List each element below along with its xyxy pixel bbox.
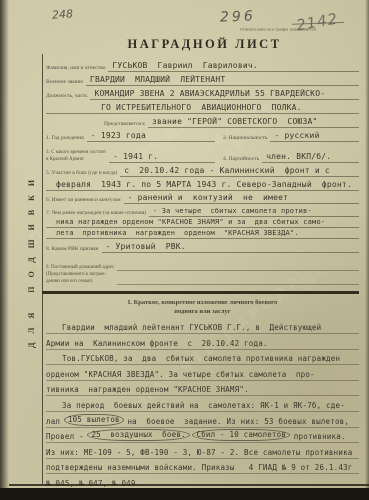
field-unit-continued: ГО ИСТРЕБИТЕЛЬНОГО АВИАЦИОННОГО ПОЛКА. [46, 100, 359, 114]
field-prior-awards-value-line3: лета противника награжден орденом "КРАСН… [46, 229, 359, 239]
citation-line: Армии на Калининском фронте с 20.10.42 г… [46, 334, 359, 350]
field-unit: Должность, часть КОМАНДИР ЗВЕНА 2 АВИАЭС… [46, 86, 359, 100]
form-fields: Фамилия, имя и отчество ГУСЬКОВ Гавриил … [46, 58, 359, 490]
section-heading: I. Краткое, конкретное изложение личного… [46, 298, 359, 316]
field-rank-value: ГВАРДИИ МЛАДШИЙ ЛЕЙТЕНАНТ [86, 75, 359, 86]
citation-body: Гвардии младший лейтенант ГУСЬКОВ Г.Г., … [46, 319, 359, 491]
field-drafted-by-value: - Уритовый РВК. [102, 242, 360, 253]
field-nationality-value: - русский [270, 131, 359, 142]
field-combat-value-line1: с 20.10.42 года - Калининский фронт и с [120, 166, 359, 177]
field-home-address-label: 9. Постоянный домашний адрес (Представля… [46, 257, 117, 285]
field-prior-awards-continued: лета противника награжден орденом "КРАСН… [46, 228, 359, 239]
handwritten-number-top-center: 296 [220, 8, 256, 25]
field-drafted-by-label: 8. Каким РВК призван [46, 246, 102, 253]
field-prior-awards-value-line2: ника награжден орденом "КРАСНОЕ ЗНАМЯ" и… [46, 218, 359, 228]
field-wounds: 6. Имеет ли ранения и контузии - ранений… [46, 191, 359, 204]
scan-left-shadow [0, 0, 9, 500]
field-birth-year: 1. Год рождения - 1923 года [46, 128, 215, 142]
document-title: НАГРАДНОЙ ЛИСТ [60, 37, 349, 52]
pencil-circle-shot-down: Сбил - 10 самолетов [192, 429, 290, 441]
field-party-value: член. ВКП/б/. [262, 152, 359, 163]
bottom-heavy-rule [9, 484, 369, 486]
field-home-address: 9. Постоянный домашний адрес (Представля… [46, 257, 359, 285]
field-combat: 5. Участие в боях (где и когда) с 20.10.… [46, 163, 359, 177]
field-service-since: 3. С какого времени состоит в Красной Ар… [46, 142, 215, 163]
field-combat-value-line2: февраля 1943 г. по 5 МАРТА 1943 г. Север… [46, 180, 359, 191]
field-name-value: ГУСЬКОВ Гавриил Гаврилович. [108, 61, 359, 72]
field-name-label: Фамилия, имя и отчество [46, 65, 108, 72]
field-prior-awards-label: 7. Чем ранее награжден (за какие отличия… [46, 210, 149, 217]
section-heading-line1: I. Краткое, конкретное изложение личного… [46, 298, 359, 307]
field-service-since-value: - 1941 г. [109, 152, 215, 163]
field-party: 4. Партийность член. ВКП/б/. [215, 142, 359, 163]
field-wounds-label: 6. Имеет ли ранения и контузии [46, 197, 124, 204]
citation-line: орденом "КРАСНАЯ ЗВЕЗДА". За четыре сбит… [46, 365, 359, 381]
citation-line: Тов.ГУСЬКОВ, за два сбитых самолета прот… [46, 350, 359, 366]
field-unit-value-line1: КОМАНДИР ЗВЕНА 2 АВИАЭСКАДРИЛЬИ 55 ГВАРД… [90, 89, 359, 100]
section-divider-rule [42, 291, 359, 294]
field-combat-label: 5. Участие в боях (где и когда) [46, 170, 120, 177]
citation-line-sorties: лал 105 вылетов на боевое задание. Из ни… [46, 412, 359, 428]
scan-bottom-edge [0, 488, 369, 500]
field-prior-awards-continued: ника награжден орденом "КРАСНОЕ ЗНАМЯ" и… [46, 217, 359, 228]
field-unit-label: Должность, часть [46, 93, 90, 100]
field-presented-for-label: Представляется к [104, 121, 148, 128]
field-service-since-label: 3. С какого времени состоит в Красной Ар… [46, 149, 109, 163]
blank-rule-line [117, 257, 359, 271]
margin-vertical-text: ДЛЯ ПОДШИВКИ [27, 98, 36, 348]
citation-line-kills: Провел - 25 воздушных боев. Сбил - 10 са… [46, 428, 359, 444]
citation-line: Гвардии младший лейтенант ГУСЬКОВ Г.Г., … [46, 319, 359, 335]
field-presented-for: Представляется к звание "ГЕРОЙ" СОВЕТСКО… [46, 114, 359, 128]
field-party-label: 4. Партийность [223, 156, 262, 163]
pencil-circle-air-battles: 25 воздушных боев. [87, 429, 189, 441]
field-combat-continued: февраля 1943 г. по 5 МАРТА 1943 г. Север… [46, 177, 359, 191]
field-wounds-value: - ранений и контузий не имеет [124, 193, 359, 204]
handwritten-number-top-left: 248 [52, 7, 74, 21]
scan-right-shadow [365, 0, 369, 500]
award-sheet-document: ПАМЯТЬ НАРОДА ПАМЯТЬ НАРОДА ПАМЯТЬ НАРОД… [0, 0, 369, 500]
field-name: Фамилия, имя и отчество ГУСЬКОВ Гавриил … [46, 58, 359, 72]
field-nationality: 2. Национальность - русский [215, 128, 359, 142]
blank-rule-line [117, 271, 359, 285]
citation-line: Из них: МЕ-109 - 5, ФВ-190 - 3, Ю-87 - 2… [46, 443, 359, 459]
field-prior-awards-value-line1: - За четыре сбитых самолета против- [149, 207, 359, 217]
field-drafted-by: 8. Каким РВК призван - Уритовый РВК. [46, 239, 359, 253]
field-row-birth-nationality: 1. Год рождения - 1923 года 2. Националь… [46, 128, 359, 142]
pencil-circle-sorties: 105 вылетов [64, 414, 124, 426]
field-rank: Военное звание ГВАРДИИ МЛАДШИЙ ЛЕЙТЕНАНТ [46, 72, 359, 86]
citation-line: подтверждены наземными войсками. Приказы… [46, 459, 359, 475]
field-home-address-blank-lines [117, 257, 359, 285]
field-row-service-party: 3. С какого времени состоит в Красной Ар… [46, 142, 359, 163]
field-rank-label: Военное звание [46, 79, 86, 86]
form-vertical-rule [42, 54, 43, 484]
field-birth-year-value: - 1923 года [87, 131, 215, 142]
citation-line: тивника награжден орденом "КРАСНОЕ ЗНАМЯ… [46, 381, 359, 397]
section-heading-line2: подвига или заслуг [46, 307, 359, 316]
citation-line: За период боевых действий на самолетах: … [46, 396, 359, 412]
field-birth-year-label: 1. Год рождения [46, 135, 87, 142]
field-nationality-label: 2. Национальность [223, 135, 270, 142]
field-prior-awards: 7. Чем ранее награжден (за какие отличия… [46, 204, 359, 217]
field-presented-for-value: звание "ГЕРОЙ" СОВЕТСКОГО СОЮЗА" [148, 117, 359, 128]
field-unit-value-line2: ГО ИСТРЕБИТЕЛЬНОГО АВИАЦИОННОГО ПОЛКА. [46, 103, 359, 114]
